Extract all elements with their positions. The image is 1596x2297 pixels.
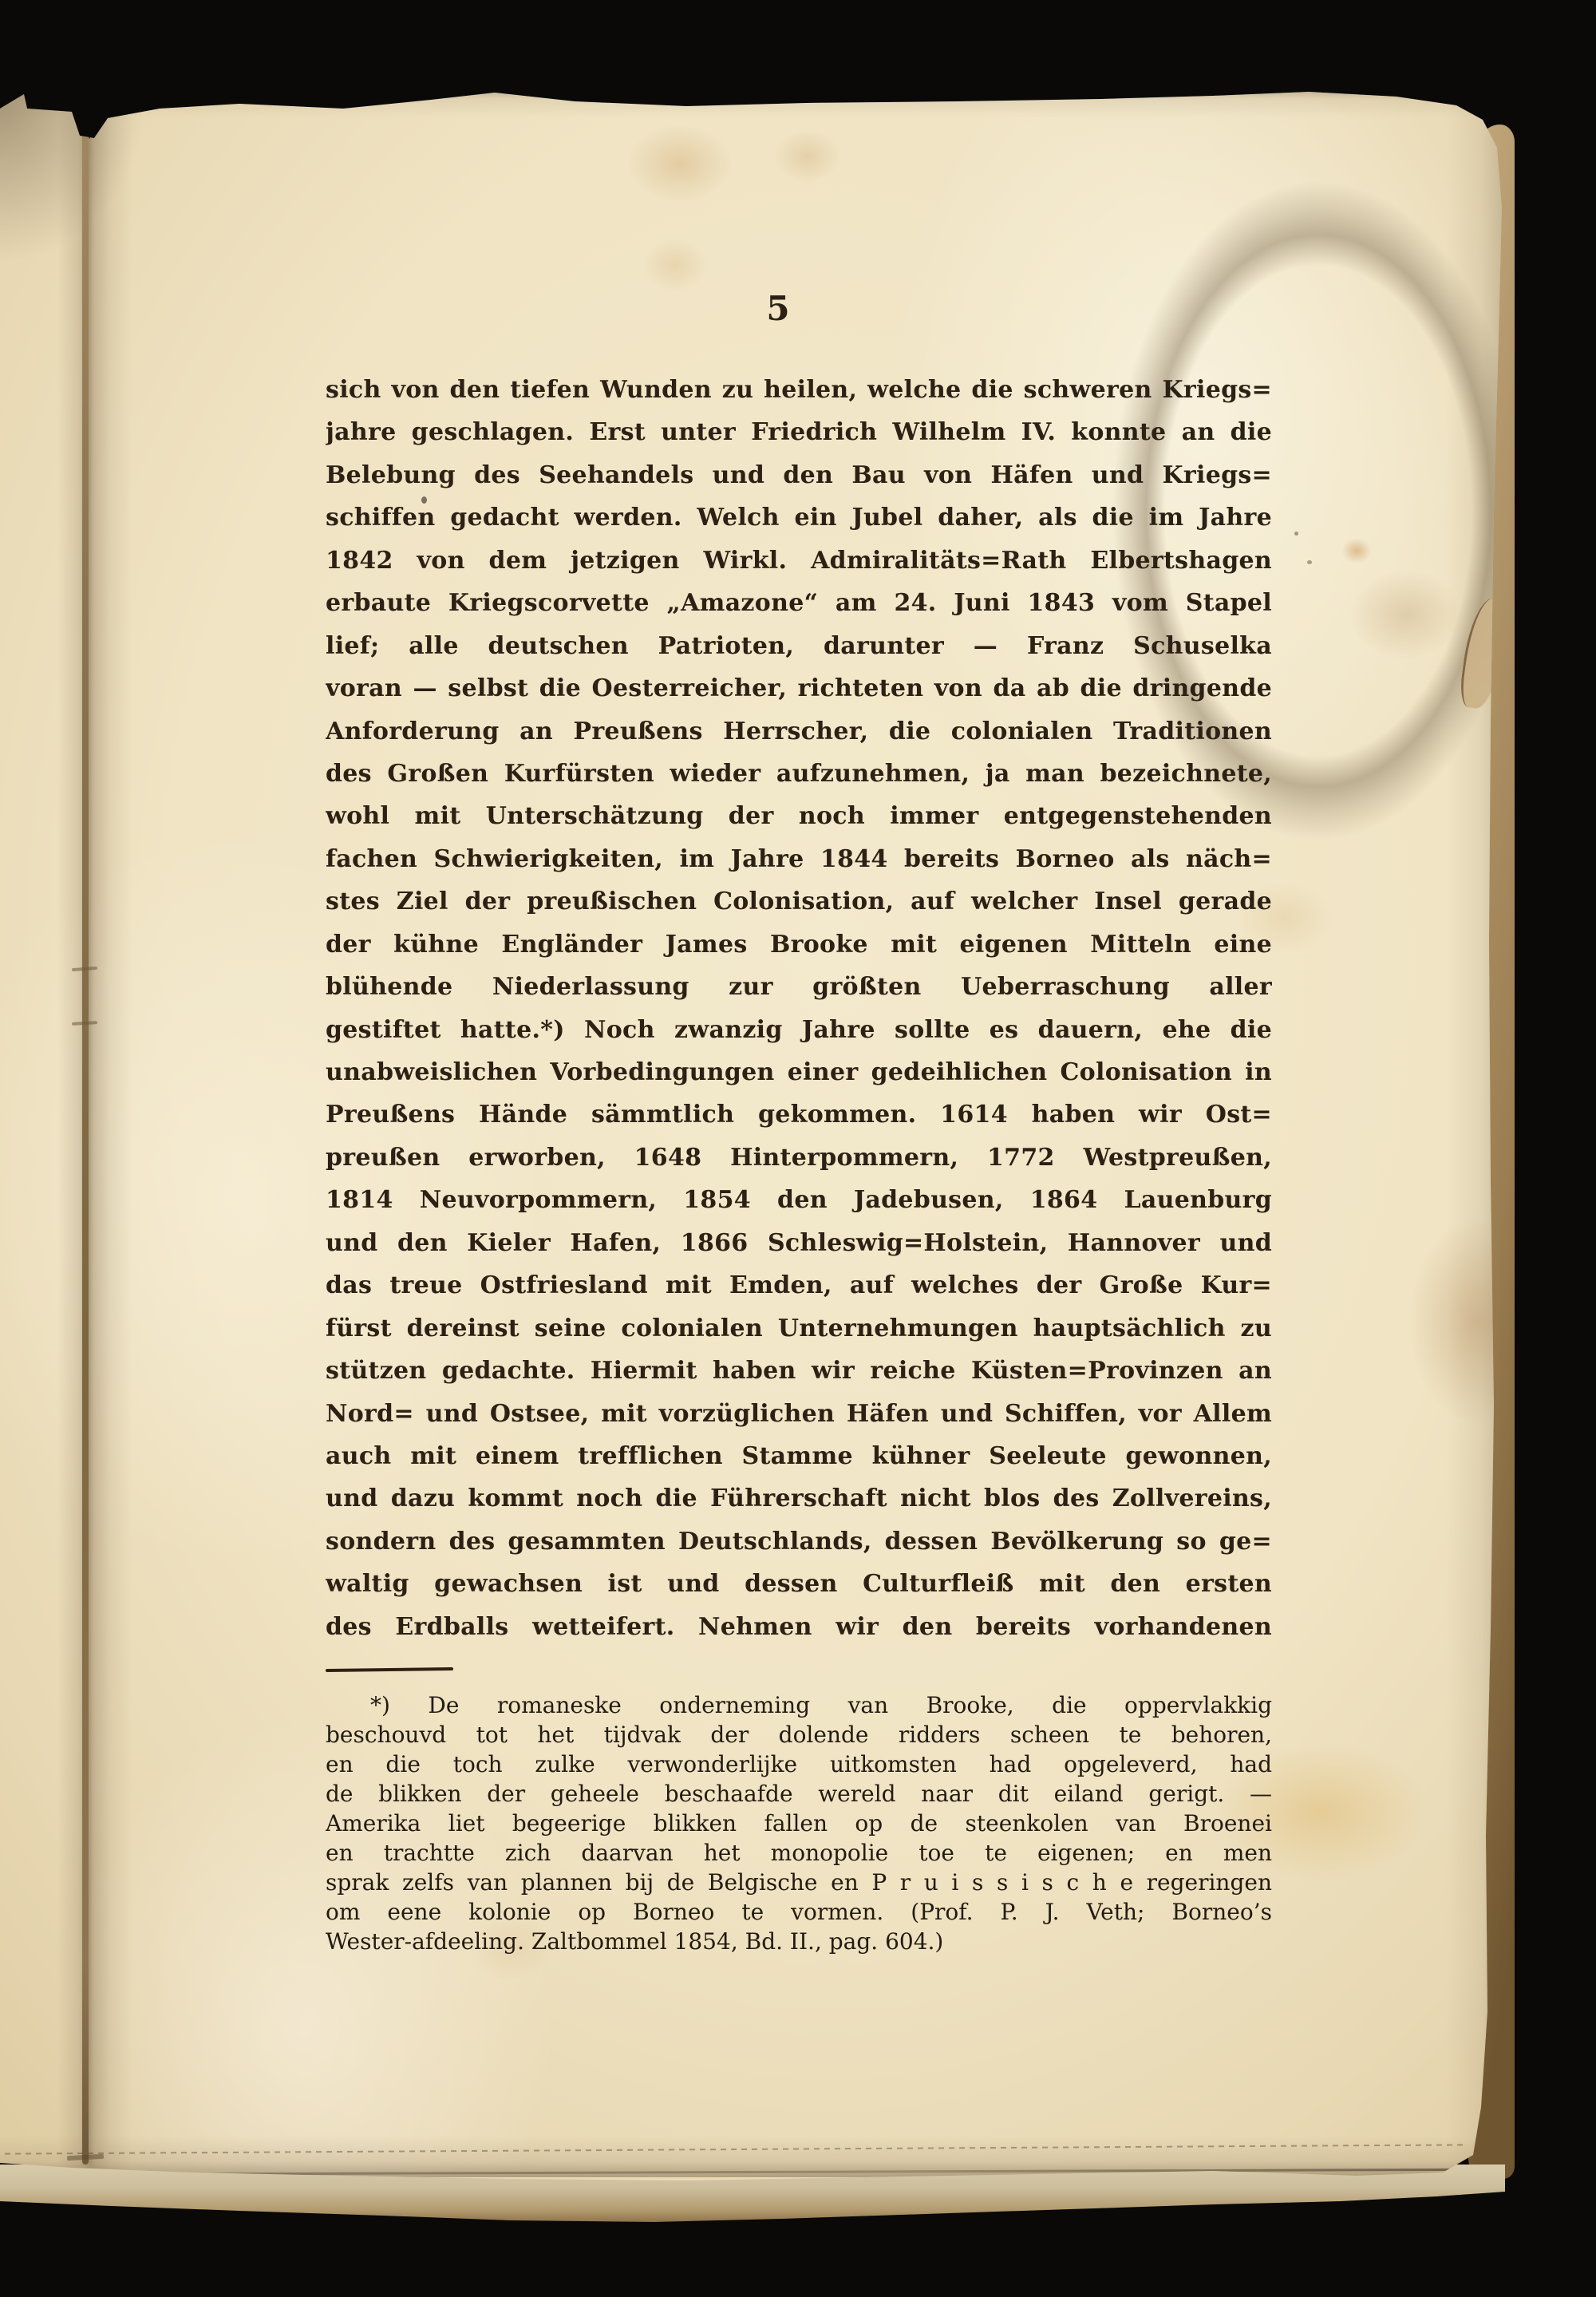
main-text-line: stützen gedachte. Hiermit haben wir reic… (326, 1350, 1272, 1392)
main-text-line: fürst dereinst seine colonialen Unterneh… (326, 1307, 1272, 1350)
torn-notch (70, 101, 105, 139)
main-text-line: sondern des gesammten Deutschlands, dess… (326, 1520, 1272, 1563)
main-text-line: unabweislichen Vorbedingungen einer gede… (326, 1051, 1272, 1093)
main-text-line: blühende Niederlassung zur größten Ueber… (326, 966, 1272, 1008)
main-text-line: Nord= und Ostsee, mit vorzüglichen Häfen… (326, 1393, 1272, 1435)
main-text-line: wohl mit Unterschätzung der noch immer e… (326, 795, 1272, 837)
main-text-line: lief; alle deutschen Patrioten, darunter… (326, 625, 1272, 667)
main-text-line: des Großen Kurfürsten wieder aufzunehmen… (326, 753, 1272, 795)
main-text-line: preußen erworben, 1648 Hinterpommern, 17… (326, 1137, 1272, 1179)
footnote-block: *) De romaneske onderneming van Brooke, … (326, 1690, 1272, 1956)
main-text-line: Belebung des Seehandels und den Bau von … (326, 454, 1272, 496)
main-text-line: jahre geschlagen. Erst unter Friedrich W… (326, 411, 1272, 453)
main-text-line: gestiftet hatte.*) Noch zwanzig Jahre so… (326, 1009, 1272, 1051)
bottom-crease-line (5, 2144, 1464, 2154)
book-page: 5 sich von den tiefen Wunden zu heilen, … (0, 0, 1596, 2297)
main-text-line: und den Kieler Hafen, 1866 Schleswig=Hol… (326, 1222, 1272, 1264)
binding-crease (82, 121, 89, 2165)
footnote-line: sprak zelfs van plannen bij de Belgische… (326, 1868, 1272, 1897)
main-text-line: waltig gewachsen ist und dessen Culturfl… (326, 1563, 1272, 1605)
main-text-line: 1814 Neuvorpommern, 1854 den Jadebusen, … (326, 1179, 1272, 1221)
footnote-line: de blikken der geheele beschaafde wereld… (326, 1779, 1272, 1809)
main-text-line: der kühne Engländer James Brooke mit eig… (326, 923, 1272, 966)
footnote-line: Wester-afdeeling. Zaltbommel 1854, Bd. I… (326, 1927, 1272, 1956)
footnote-line: *) De romaneske onderneming van Brooke, … (326, 1690, 1272, 1720)
book-scan: 5 sich von den tiefen Wunden zu heilen, … (0, 0, 1596, 2297)
footnote-line: en die toch zulke verwonderlijke uitkoms… (326, 1749, 1272, 1779)
page-number: 5 (305, 289, 1251, 328)
main-text-line: des Erdballs wetteifert. Nehmen wir den … (326, 1606, 1272, 1648)
main-text-line: das treue Ostfriesland mit Emden, auf we… (326, 1264, 1272, 1307)
binding-stitch (72, 1021, 97, 1026)
main-text-line: schiffen gedacht werden. Welch ein Jubel… (326, 496, 1272, 539)
main-text-line: Anforderung an Preußens Herrscher, die c… (326, 710, 1272, 753)
main-text-line: auch mit einem trefflichen Stamme kühner… (326, 1435, 1272, 1477)
main-text-line: erbaute Kriegscorvette „Amazone“ am 24. … (326, 582, 1272, 624)
main-text-line: und dazu kommt noch die Führerschaft nic… (326, 1477, 1272, 1520)
footnote-line: om eene kolonie op Borneo te vormen. (Pr… (326, 1897, 1272, 1927)
main-text-line: voran — selbst die Oesterreicher, richte… (326, 667, 1272, 710)
footnote-line: beschouvd tot het tijdvak der dolende ri… (326, 1720, 1272, 1749)
paper-fleck (1307, 560, 1312, 564)
main-text-line: 1842 von dem jetzigen Wirkl. Admiralität… (326, 540, 1272, 582)
main-text-line: fachen Schwierigkeiten, im Jahre 1844 be… (326, 838, 1272, 880)
main-text-line: sich von den tiefen Wunden zu heilen, we… (326, 369, 1272, 411)
footnote-separator-rule (326, 1667, 453, 1672)
footnote-line: Amerika liet begeerige blikken fallen op… (326, 1809, 1272, 1838)
binding-stitch (67, 2154, 104, 2161)
footnote-line: en trachtte zich daarvan het monopolie t… (326, 1838, 1272, 1868)
main-text-line: stes Ziel der preußischen Colonisation, … (326, 880, 1272, 923)
main-text-block: sich von den tiefen Wunden zu heilen, we… (326, 369, 1272, 1648)
main-text-line: Preußens Hände sämmtlich gekommen. 1614 … (326, 1093, 1272, 1136)
paper-fleck (1294, 532, 1298, 536)
